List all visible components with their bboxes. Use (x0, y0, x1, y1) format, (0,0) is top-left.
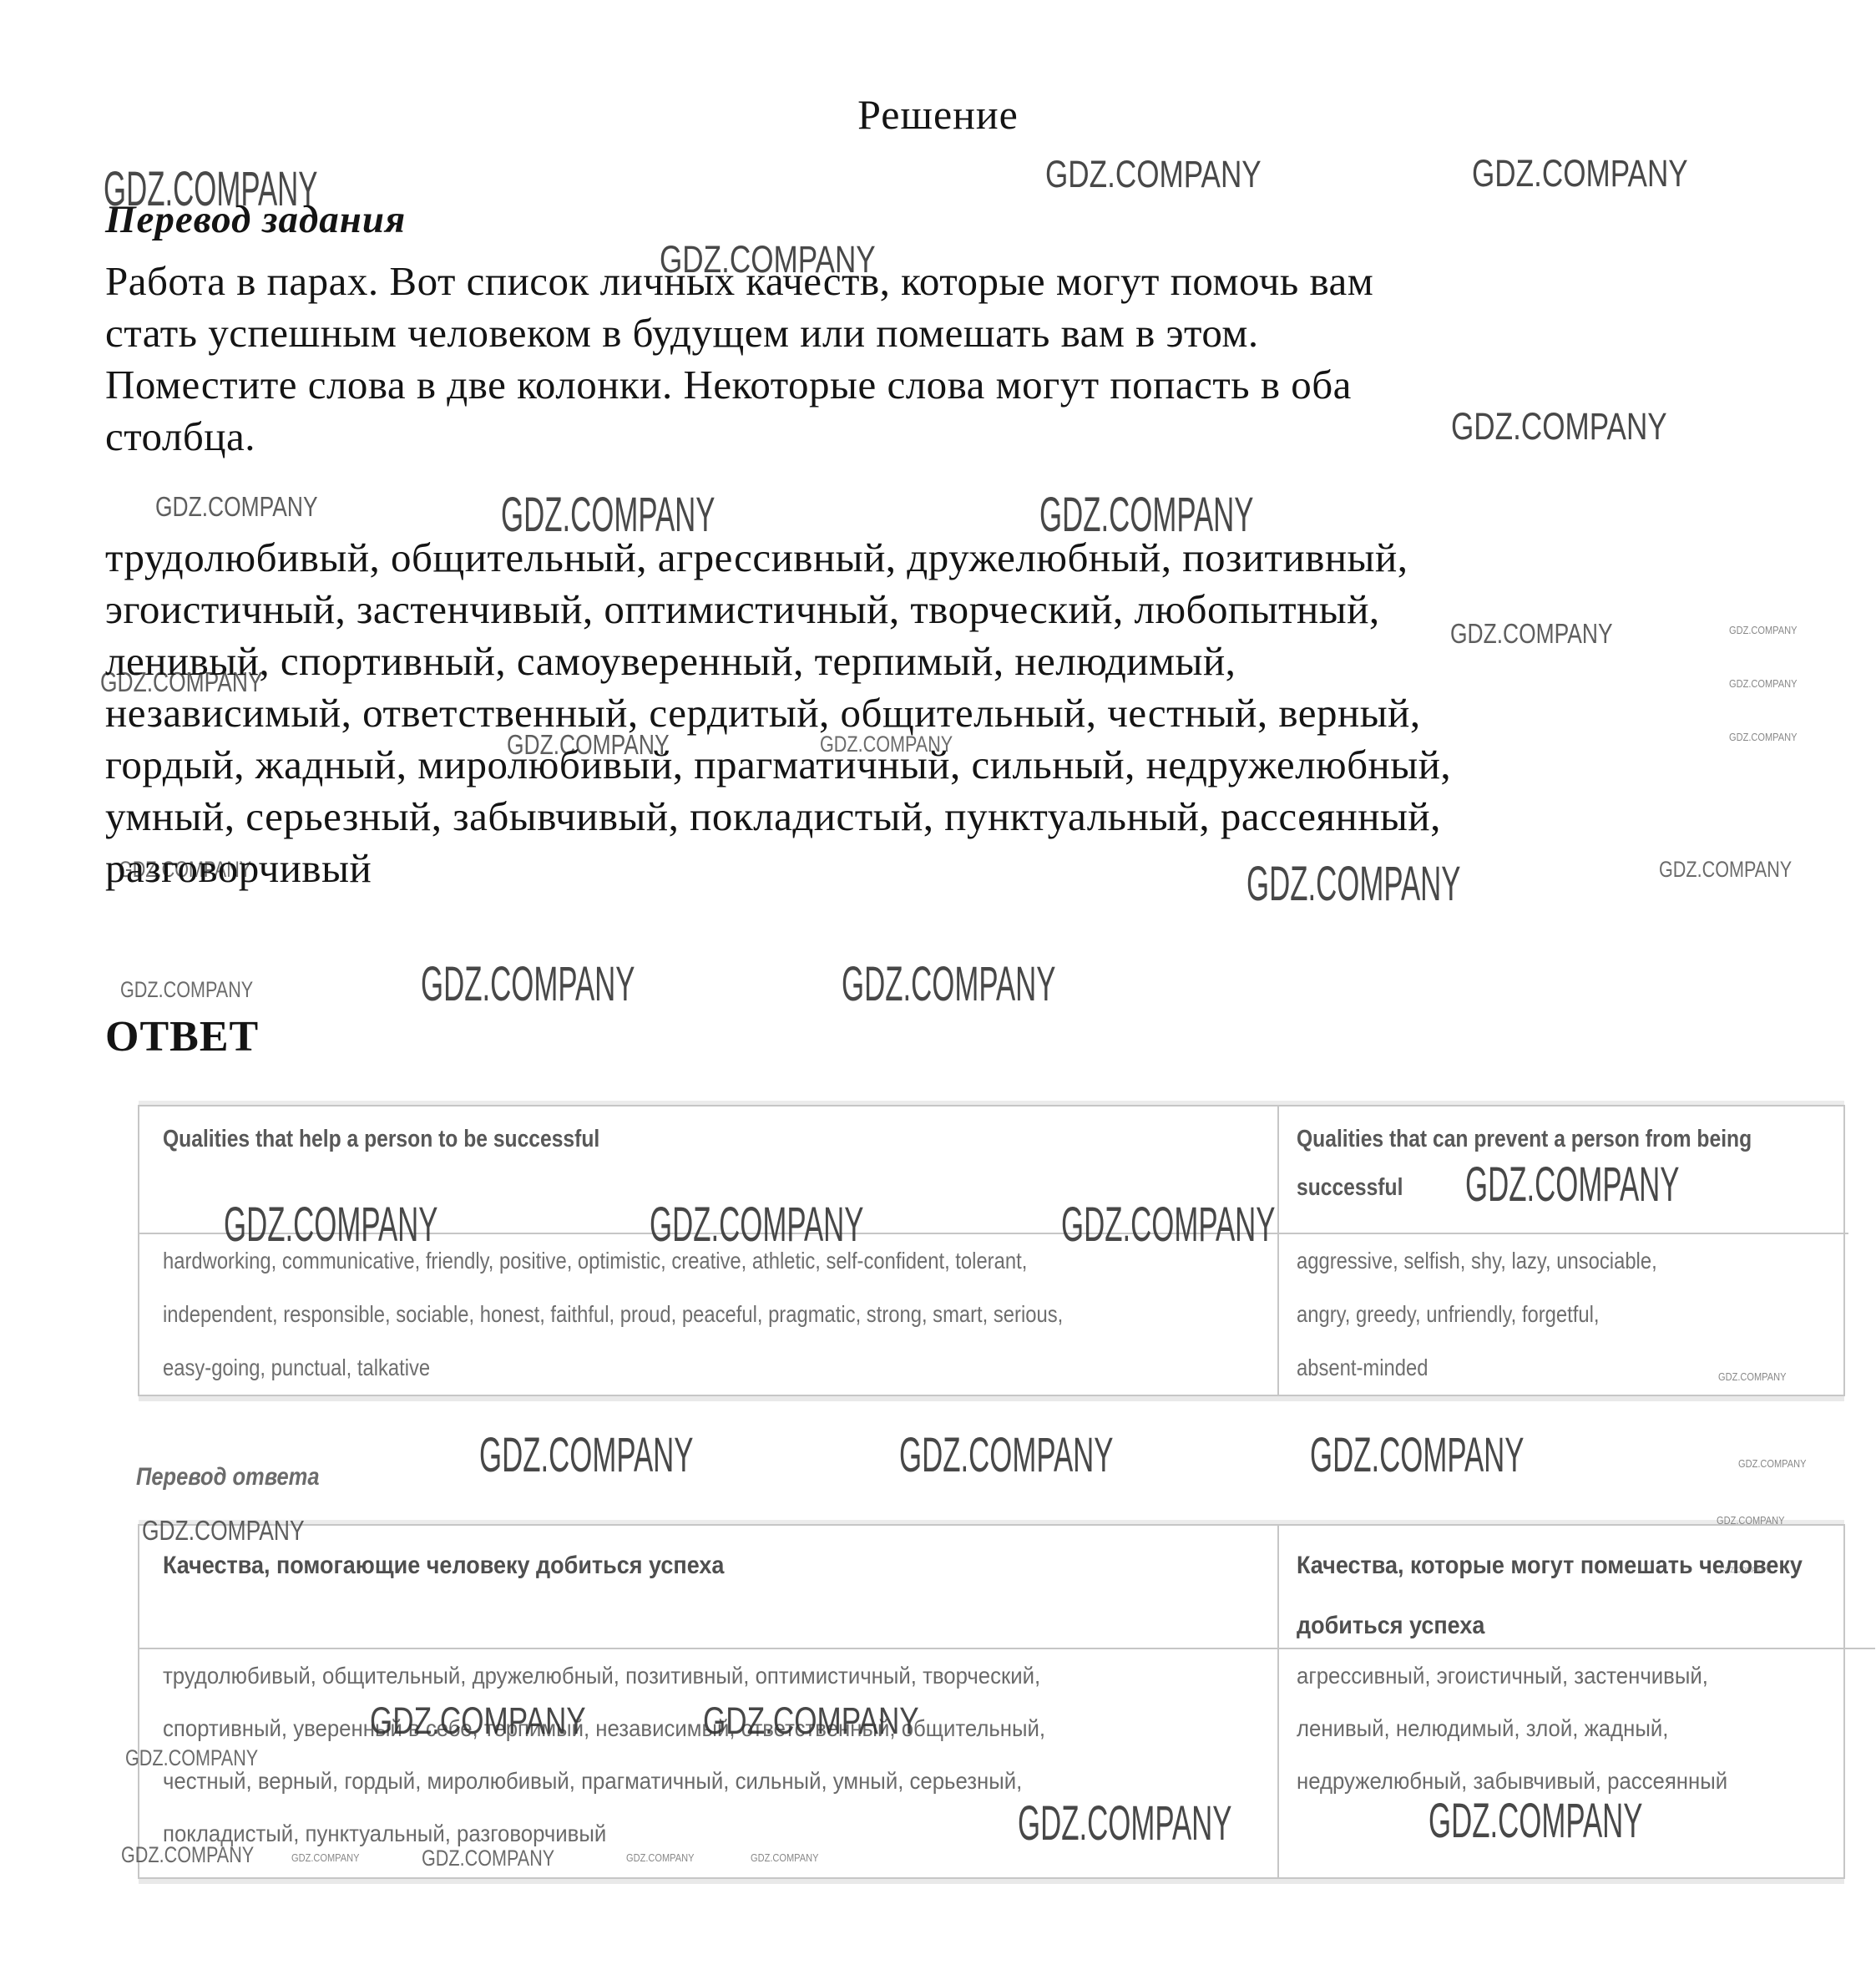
word-list-line: разговорчивый (105, 843, 1451, 894)
answer-translation-label: Перевод ответа (136, 1463, 320, 1491)
translation-table-col2-line: недружелюбный, забывчивый, рассеянный (1297, 1755, 1813, 1807)
answer-table-col2-header-line: Qualities that can prevent a person from… (1297, 1115, 1752, 1163)
word-list-line: ленивый, спортивный, самоуверенный, терп… (105, 636, 1451, 687)
answer-table-col2-header-cell: Qualities that can prevent a person from… (1279, 1107, 1848, 1234)
watermark-text: GDZ.COMPANY (1472, 154, 1688, 192)
watermark-text: GDZ.COMPANY (1451, 408, 1667, 445)
task-text-line: столбца. (105, 411, 1373, 463)
watermark-text: GDZ.COMPANY (479, 1431, 694, 1480)
translation-table-col2-header-line: добиться успеха (1297, 1596, 1803, 1656)
watermark-text: GDZ.COMPANY (1310, 1431, 1525, 1480)
answer-table-col1-body-cell: hardworking, communicative, friendly, po… (139, 1234, 1279, 1395)
watermark-text: GDZ.COMPANY (899, 1431, 1114, 1480)
word-list: трудолюбивый, общительный, агрессивный, … (105, 532, 1451, 894)
translation-table-col2-header-cell: Качества, которые могут помешать человек… (1279, 1526, 1875, 1649)
translation-table-col1-header: Качества, помогающие человеку добиться у… (163, 1536, 1151, 1596)
answer-table-col2-line: absent-minded (1297, 1341, 1752, 1395)
page: Решение Перевод задания Работа в парах. … (0, 0, 1876, 1975)
word-list-line: независимый, ответственный, сердитый, об… (105, 687, 1451, 739)
answer-table-col1-header-cell: Qualities that help a person to be succe… (139, 1107, 1279, 1234)
word-list-line: гордый, жадный, миролюбивый, прагматичны… (105, 739, 1451, 791)
translation-table-col1-line: честный, верный, гордый, миролюбивый, пр… (163, 1755, 1173, 1807)
page-title: Решение (0, 90, 1876, 139)
watermark-text: GDZ.COMPANY (155, 493, 318, 520)
word-list-line: эгоистичный, застенчивый, оптимистичный,… (105, 584, 1451, 636)
answer-table-col1-line: independent, responsible, sociable, hone… (163, 1288, 1096, 1341)
answer-table-col2-header-line: successful (1297, 1163, 1752, 1212)
task-translation-heading: Перевод задания (105, 197, 406, 242)
answer-table-col2-body-cell: aggressive, selfish, shy, lazy, unsociab… (1279, 1234, 1848, 1395)
translation-table-col1-header-cell: Качества, помогающие человеку добиться у… (139, 1526, 1279, 1649)
translation-table-col2-line: агрессивный, эгоистичный, застенчивый, (1297, 1649, 1813, 1702)
answer-table-col2-line: aggressive, selfish, shy, lazy, unsociab… (1297, 1234, 1752, 1288)
word-list-line: трудолюбивый, общительный, агрессивный, … (105, 532, 1451, 584)
task-text-line: Работа в парах. Вот список личных качест… (105, 256, 1373, 307)
watermark-text: GDZ.COMPANY (842, 960, 1056, 1009)
answer-table: Qualities that help a person to be succe… (138, 1105, 1845, 1396)
translation-table-col1-line: трудолюбивый, общительный, дружелюбный, … (163, 1649, 1173, 1702)
translation-table-col1-line: спортивный, уверенный в себе, терпимый, … (163, 1702, 1173, 1755)
answer-table-col1-header: Qualities that help a person to be succe… (163, 1115, 1096, 1163)
watermark-text: GDZ.COMPANY (1659, 858, 1792, 881)
watermark-text: GDZ.COMPANY (1738, 1458, 1806, 1469)
watermark-text: GDZ.COMPANY (1729, 625, 1797, 636)
task-text-line: Поместите слова в две колонки. Некоторые… (105, 359, 1373, 411)
translation-table: Качества, помогающие человеку добиться у… (138, 1524, 1845, 1879)
watermark-text: GDZ.COMPANY (421, 960, 635, 1009)
translation-table-col2-line: ленивый, нелюдимый, злой, жадный, (1297, 1702, 1813, 1755)
translation-table-col1-line: покладистый, пунктуальный, разговорчивый (163, 1807, 1173, 1860)
task-translation-paragraph: Работа в парах. Вот список личных качест… (105, 256, 1373, 463)
watermark-text: GDZ.COMPANY (1729, 732, 1797, 742)
task-text-line: стать успешным человеком в будущем или п… (105, 307, 1373, 359)
answer-table-col1-line: easy-going, punctual, talkative (163, 1341, 1096, 1395)
translation-table-col1-body-cell: трудолюбивый, общительный, дружелюбный, … (139, 1649, 1279, 1877)
translation-table-col2-body-cell: агрессивный, эгоистичный, застенчивый,ле… (1279, 1649, 1875, 1877)
answer-heading: ОТВЕТ (105, 1012, 259, 1061)
answer-table-col1-line: hardworking, communicative, friendly, po… (163, 1234, 1096, 1288)
watermark-text: GDZ.COMPANY (120, 979, 253, 1001)
word-list-line: умный, серьезный, забывчивый, покладисты… (105, 791, 1451, 843)
answer-table-col2-line: angry, greedy, unfriendly, forgetful, (1297, 1288, 1752, 1341)
watermark-text: GDZ.COMPANY (1450, 620, 1613, 647)
translation-table-col2-header-line: Качества, которые могут помешать человек… (1297, 1536, 1803, 1596)
watermark-text: GDZ.COMPANY (1729, 678, 1797, 689)
watermark-text: GDZ.COMPANY (1045, 155, 1262, 193)
